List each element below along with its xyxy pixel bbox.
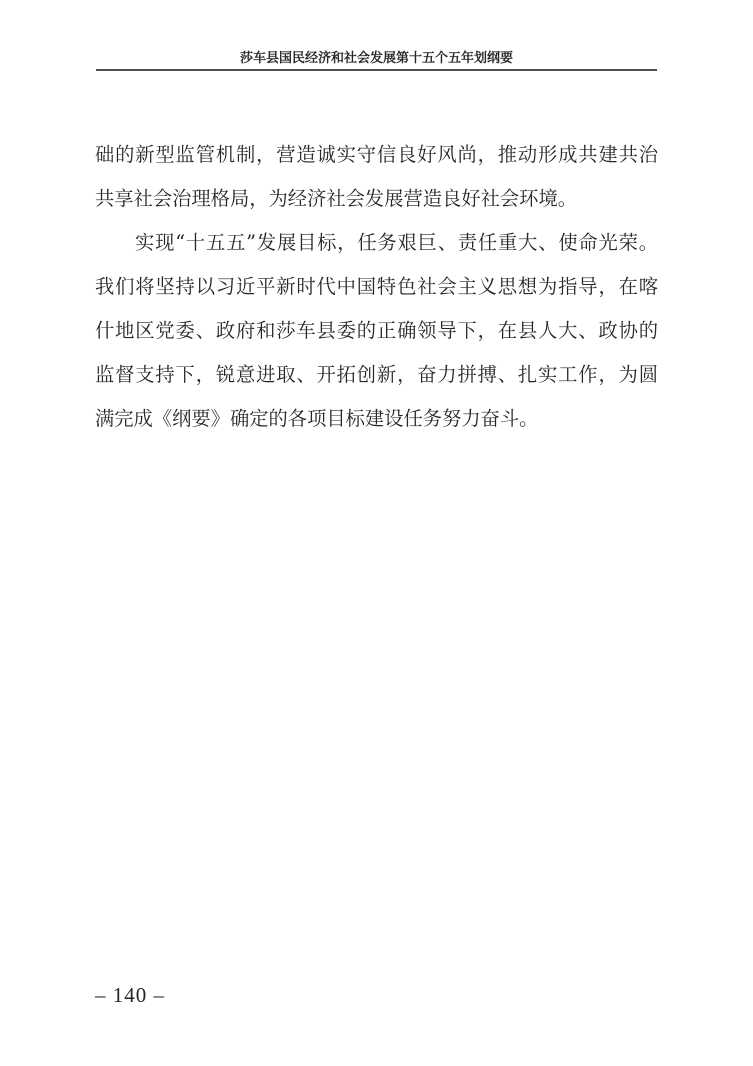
- document-body: 础的新型监管机制，营造诚实守信良好风尚，推动形成共建共治 共享社会治理格局，为经…: [95, 133, 658, 441]
- document-page: 莎车县国民经济和社会发展第十五个五年划纲要 础的新型监管机制，营造诚实守信良好风…: [0, 0, 753, 1066]
- text-line: 实现“十五五”发展目标，任务艰巨、责任重大、使命光荣。: [95, 221, 658, 265]
- page-number: – 140 –: [95, 983, 165, 1007]
- text-line: 础的新型监管机制，营造诚实守信良好风尚，推动形成共建共治: [95, 133, 658, 177]
- paragraph-2: 实现“十五五”发展目标，任务艰巨、责任重大、使命光荣。 我们将坚持以习近平新时代…: [95, 221, 658, 441]
- header-rule: [96, 69, 657, 71]
- text-line: 我们将坚持以习近平新时代中国特色社会主义思想为指导，在喀: [95, 265, 658, 309]
- running-header-title: 莎车县国民经济和社会发展第十五个五年划纲要: [0, 51, 753, 66]
- paragraph-1: 础的新型监管机制，营造诚实守信良好风尚，推动形成共建共治 共享社会治理格局，为经…: [95, 133, 658, 221]
- text-line: 满完成《纲要》确定的各项目标建设任务努力奋斗。: [95, 397, 658, 441]
- text-line: 监督支持下，锐意进取、开拓创新，奋力拼搏、扎实工作，为圆: [95, 353, 658, 397]
- text-line: 共享社会治理格局，为经济社会发展营造良好社会环境。: [95, 177, 658, 221]
- text-line: 什地区党委、政府和莎车县委的正确领导下，在县人大、政协的: [95, 309, 658, 353]
